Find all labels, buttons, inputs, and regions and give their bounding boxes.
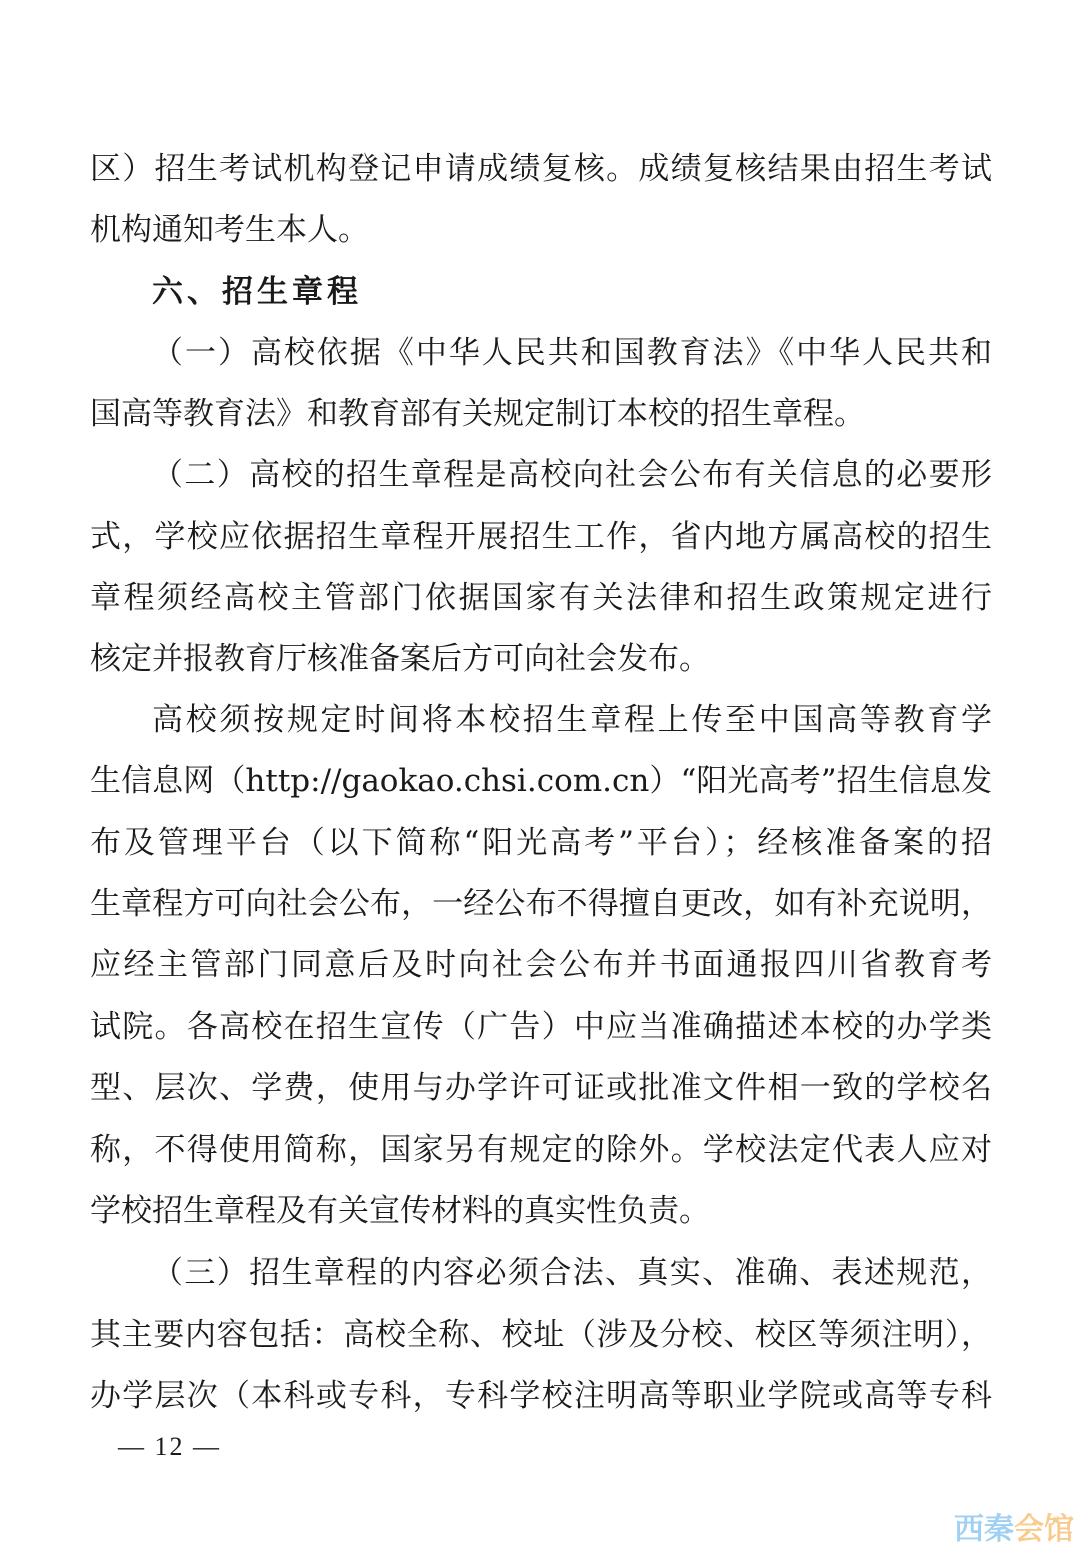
- body-line-1: 区）招生考试机构登记申请成绩复核。成绩复核结果由招生考试: [90, 147, 992, 191]
- body-line-7: 式，学校应依据招生章程开展招生工作，省内地方属高校的招生: [90, 515, 992, 559]
- body-line-4: （一）高校依据《中华人民共和国教育法》《中华人民共和: [152, 331, 992, 375]
- watermark-logo: 西秦会馆: [954, 1504, 1074, 1548]
- body-line-9: 核定并报教育厅核准备案后方可向社会发布。: [90, 637, 992, 681]
- body-line-17: 称，不得使用简称，国家另有规定的除外。学校法定代表人应对: [90, 1128, 992, 1172]
- body-line-6: （二）高校的招生章程是高校向社会公布有关信息的必要形: [152, 453, 992, 497]
- body-line-15: 试院。各高校在招生宣传（广告）中应当准确描述本校的办学类: [90, 1005, 992, 1049]
- body-line-2: 机构通知考生本人。: [90, 208, 992, 252]
- watermark-part-2: 会馆: [1014, 1512, 1074, 1547]
- body-line-19: （三）招生章程的内容必须合法、真实、准确、表述规范，: [152, 1251, 992, 1295]
- body-line-21: 办学层次（本科或专科，专科学校注明高等职业学院或高等专科: [90, 1374, 992, 1418]
- body-line-20: 其主要内容包括：高校全称、校址（涉及分校、校区等须注明），: [90, 1313, 992, 1357]
- body-line-12: 布及管理平台（以下简称“阳光高考”平台）；经核准备案的招: [90, 821, 992, 865]
- body-line-10: 高校须按规定时间将本校招生章程上传至中国高等教育学: [152, 698, 992, 742]
- body-line-8: 章程须经高校主管部门依据国家有关法律和招生政策规定进行: [90, 576, 992, 620]
- body-line-13: 生章程方可向社会公布，一经公布不得擅自更改，如有补充说明，: [90, 882, 992, 926]
- body-line-18: 学校招生章程及有关宣传材料的真实性负责。: [90, 1189, 992, 1233]
- body-line-11: 生信息网（http://gaokao.chsi.com.cn）“阳光高考”招生信…: [90, 759, 992, 803]
- body-line-5: 国高等教育法》和教育部有关规定制订本校的招生章程。: [90, 392, 992, 436]
- section-heading: 六、招生章程: [152, 270, 992, 314]
- body-line-16: 型、层次、学费，使用与办学许可证或批准文件相一致的学校名: [90, 1066, 992, 1110]
- page-number: — 12 —: [118, 1432, 221, 1462]
- watermark-part-1: 西秦: [954, 1512, 1014, 1547]
- body-line-14: 应经主管部门同意后及时向社会公布并书面通报四川省教育考: [90, 943, 992, 987]
